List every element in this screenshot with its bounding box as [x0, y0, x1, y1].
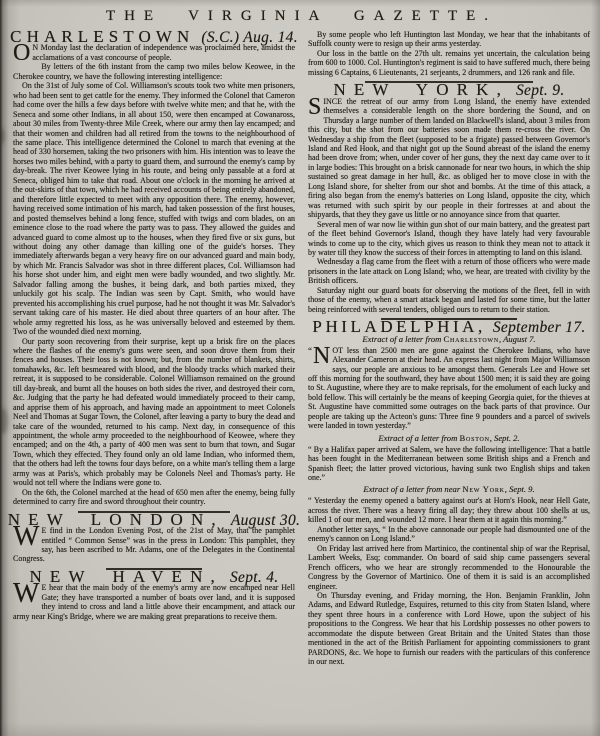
article-paragraph: By some people who left Huntington last … [308, 30, 590, 49]
drop-cap: S [308, 97, 323, 116]
section-philadelphia: PHILADELPHIA, September 17. Extract of a… [308, 322, 590, 667]
extract-prefix: Extract of a letter from [362, 334, 443, 344]
drop-cap: O [13, 43, 32, 62]
dateline-city: NEW YORK, [333, 85, 509, 94]
extract-place: New York [462, 484, 504, 494]
article-paragraph: SINCE the retreat of our army from Long … [308, 97, 590, 220]
paragraph-text: E find in the London Evening Post, of th… [13, 526, 295, 563]
masthead-title: THE VIRGINIA GAZETTE. [13, 8, 590, 25]
extract-subheading: Extract of a letter from near New York, … [308, 484, 590, 495]
article-paragraph: Our party soon recovering from their sur… [13, 337, 295, 488]
dateline-city: NEW LONDON, [8, 515, 224, 524]
dateline-philadelphia: PHILADELPHIA, September 17. [308, 322, 590, 332]
dateline-date: August 30. [231, 516, 300, 525]
article-paragraph: On the 6th, the Colonel marched at the h… [13, 488, 295, 507]
dateline-date: September 17. [493, 323, 586, 332]
extract-prefix: Extract of a letter from [378, 433, 459, 443]
dateline-charlestown: CHARLESTOWN (S.C.) Aug. 14. [13, 32, 295, 42]
section-new-york: NEW YORK, Sept. 9. SINCE the retreat of … [308, 85, 590, 314]
article-paragraph: Our loss in the battle on the 27th ult. … [308, 49, 590, 77]
dateline-city: PHILADELPHIA, [312, 322, 485, 331]
dateline-date: (S.C.) Aug. 14. [201, 33, 298, 42]
left-column: CHARLESTOWN (S.C.) Aug. 14. ON Monday la… [13, 30, 295, 667]
article-paragraph: “NOT less than 2500 men are gone against… [308, 346, 590, 431]
drop-cap: N [313, 346, 332, 365]
article-paragraph: By letters of the 6th instant from the c… [13, 62, 295, 81]
article-paragraph: Another letter says, “ In the above cann… [308, 525, 590, 544]
dateline-new-london: NEW LONDON, August 30. [13, 515, 295, 525]
dateline-new-haven: NEW HAVEN, Sept. 4. [13, 572, 295, 582]
dateline-date: Sept. 4. [230, 573, 279, 582]
section-new-haven: NEW HAVEN, Sept. 4. WE hear that the mai… [13, 572, 295, 621]
article-paragraph: WE find in the London Evening Post, of t… [13, 526, 295, 564]
dateline-city: CHARLESTOWN [10, 32, 194, 41]
extract-place: Charlestown [444, 334, 499, 344]
paragraph-text: OT less than 2500 men are gone against t… [308, 346, 590, 431]
article-paragraph: On the 31st of July some of Col. William… [13, 81, 295, 336]
columns: CHARLESTOWN (S.C.) Aug. 14. ON Monday la… [13, 30, 590, 667]
article-paragraph: “ Yesterday the enemy opened a battery a… [308, 496, 590, 524]
extract-suffix: , Sept. 9. [505, 484, 535, 494]
dateline-date: Sept. 9. [516, 86, 565, 95]
paragraph-text: INCE the retreat of our army from Long I… [308, 97, 590, 219]
section-huntington-continuation: By some people who left Huntington last … [308, 30, 590, 77]
section-new-london: NEW LONDON, August 30. WE find in the Lo… [13, 515, 295, 564]
article-paragraph: “ By a Halifax paper arrived at Salem, w… [308, 445, 590, 483]
article-paragraph: On Friday last arrived here from Martini… [308, 544, 590, 591]
extract-subheading: Extract of a letter from Boston, Sept. 2… [308, 433, 590, 444]
extract-place: Boston [459, 433, 489, 443]
right-column: By some people who left Huntington last … [308, 30, 590, 667]
dateline-city: NEW HAVEN, [30, 572, 223, 581]
page-content: THE VIRGINIA GAZETTE. CHARLESTOWN (S.C.)… [0, 0, 600, 667]
dateline-new-york: NEW YORK, Sept. 9. [308, 85, 590, 95]
drop-cap: W [13, 583, 41, 604]
article-paragraph: WE hear that the main body of the enemy'… [13, 583, 295, 621]
article-paragraph: Wednesday a flag came from the fleet wit… [308, 257, 590, 285]
newspaper-scan-page: THE VIRGINIA GAZETTE. CHARLESTOWN (S.C.)… [0, 0, 600, 736]
extract-prefix: Extract of a letter from near [363, 484, 462, 494]
extract-suffix: , Sept. 2. [490, 433, 520, 443]
article-paragraph: Saturday night our guard boats for obser… [308, 286, 590, 314]
extract-suffix: , August 7. [499, 334, 536, 344]
article-paragraph: Several men of war now lie within gun sh… [308, 220, 590, 258]
section-charlestown: CHARLESTOWN (S.C.) Aug. 14. ON Monday la… [13, 32, 295, 507]
article-paragraph: On Thursday evening, and Friday morning,… [308, 591, 590, 667]
article-paragraph: ON Monday last the declaration of indepe… [13, 43, 295, 62]
drop-cap: W [13, 526, 41, 547]
paragraph-text: N Monday last the declaration of indepen… [32, 43, 295, 61]
paragraph-text: E hear that the main body of the enemy's… [13, 583, 295, 620]
